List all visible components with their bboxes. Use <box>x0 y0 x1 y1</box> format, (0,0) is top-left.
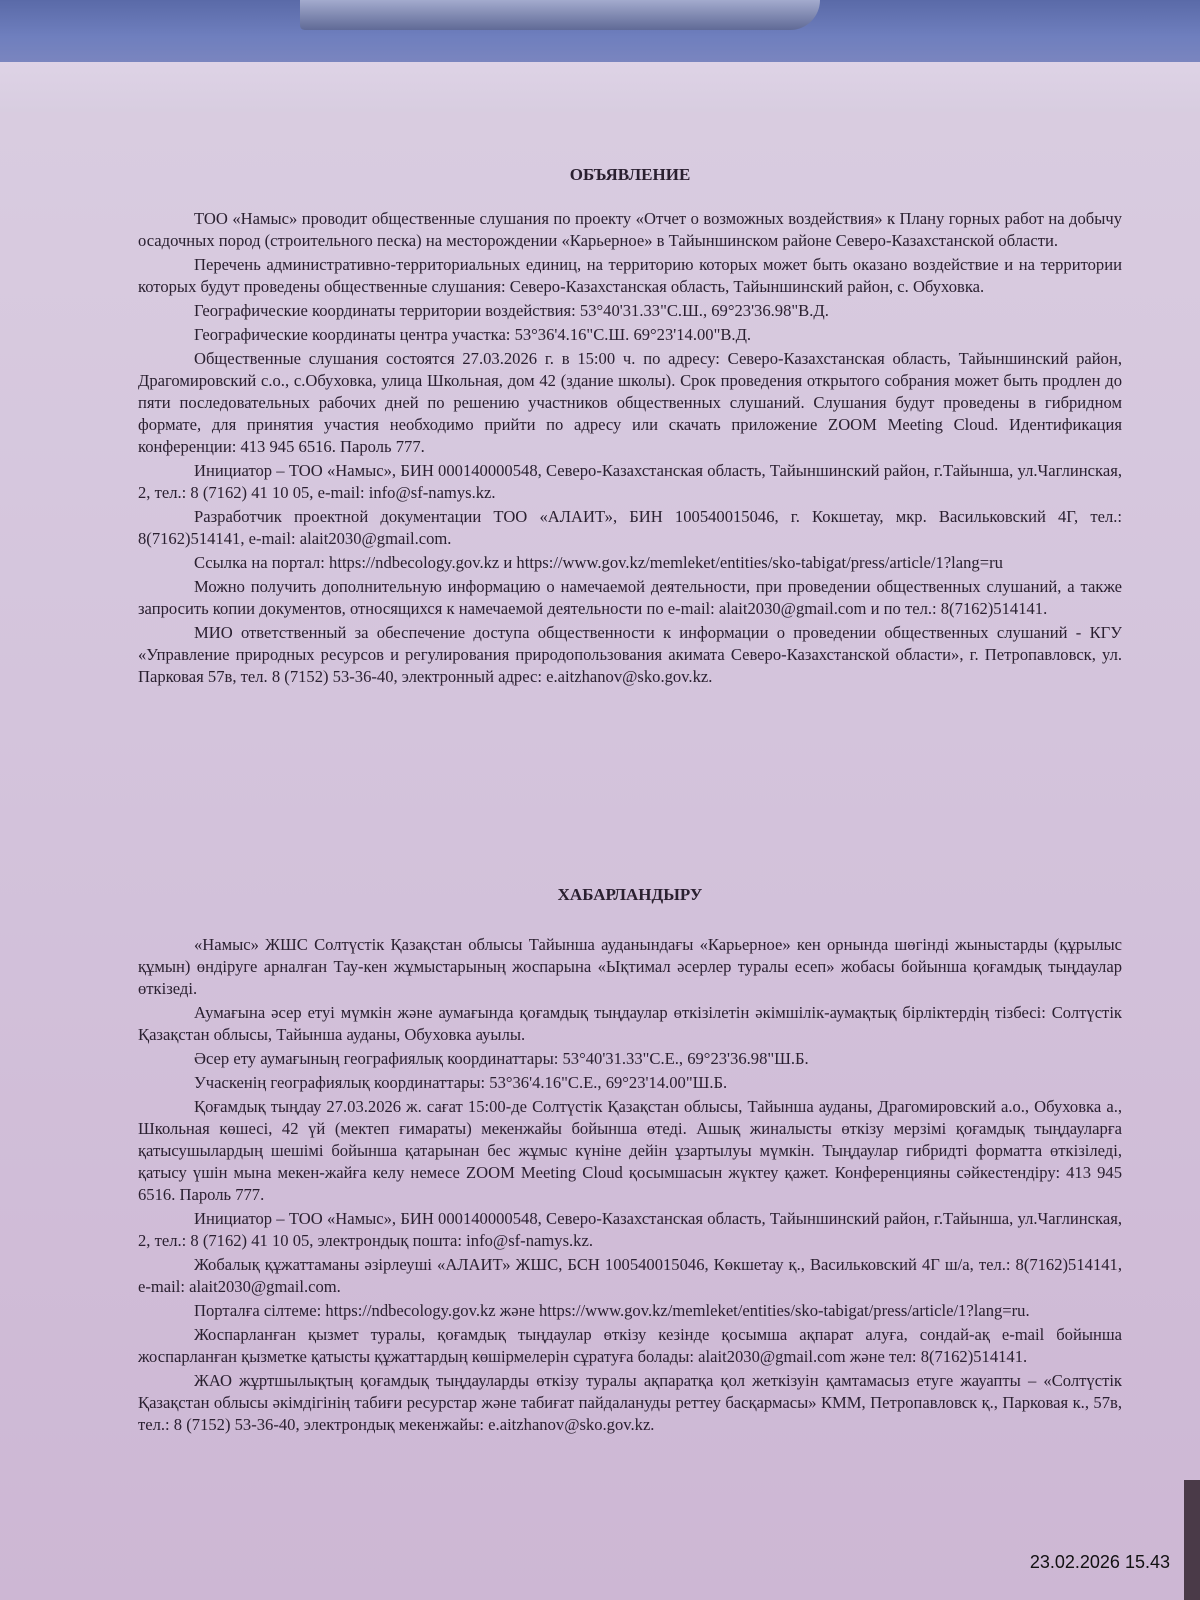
ru-section: ТОО «Намыс» проводит общественные слушан… <box>138 208 1122 690</box>
kz-section: «Намыс» ЖШС Солтүстік Қазақстан облысы Т… <box>138 934 1122 1438</box>
ru-paragraph-initiator: Инициатор – ТОО «Намыс», БИН 00014000054… <box>138 460 1122 504</box>
kz-paragraph-coords-center: Учаскенің географиялық координаттары: 53… <box>138 1072 1122 1094</box>
kz-paragraph-coords-impact: Әсер ету аумағының географиялық координа… <box>138 1048 1122 1070</box>
ru-paragraph-mio: МИО ответственный за обеспечение доступа… <box>138 622 1122 688</box>
ru-paragraph-hearing: Общественные слушания состоятся 27.03.20… <box>138 348 1122 458</box>
ru-paragraph-info: Можно получить дополнительную информацию… <box>138 576 1122 620</box>
photo-timestamp: 23.02.2026 15.43 <box>1030 1552 1170 1573</box>
background-object <box>300 0 820 30</box>
kz-paragraph-intro: «Намыс» ЖШС Солтүстік Қазақстан облысы Т… <box>138 934 1122 1000</box>
kz-paragraph-portal: Порталға сілтеме: https://ndbecology.gov… <box>138 1300 1122 1322</box>
tape-strip <box>0 62 1200 113</box>
background-edge <box>1184 1480 1200 1600</box>
kz-title: ХАБАРЛАНДЫРУ <box>138 884 1122 906</box>
ru-paragraph-coords-impact: Географические координаты территории воз… <box>138 300 1122 322</box>
kz-paragraph-initiator: Инициатор – ТОО «Намыс», БИН 00014000054… <box>138 1208 1122 1252</box>
background-metal-frame <box>0 0 1200 62</box>
ru-paragraph-portal: Ссылка на портал: https://ndbecology.gov… <box>138 552 1122 574</box>
ru-paragraph-units: Перечень административно-территориальных… <box>138 254 1122 298</box>
kz-paragraph-mio: ЖАО жұртшылықтың қоғамдық тыңдауларды өт… <box>138 1370 1122 1436</box>
kz-paragraph-developer: Жобалық құжаттаманы әзірлеуші «АЛАИТ» ЖШ… <box>138 1254 1122 1298</box>
notice-paper: ОБЪЯВЛЕНИЕ ТОО «Намыс» проводит обществе… <box>0 112 1200 1600</box>
kz-paragraph-units: Аумағына әсер етуі мүмкін және аумағында… <box>138 1002 1122 1046</box>
ru-paragraph-coords-center: Географические координаты центра участка… <box>138 324 1122 346</box>
kz-paragraph-hearing: Қоғамдық тыңдау 27.03.2026 ж. сағат 15:0… <box>138 1096 1122 1206</box>
ru-paragraph-intro: ТОО «Намыс» проводит общественные слушан… <box>138 208 1122 252</box>
ru-title: ОБЪЯВЛЕНИЕ <box>138 164 1122 186</box>
ru-paragraph-developer: Разработчик проектной документации ТОО «… <box>138 506 1122 550</box>
kz-paragraph-info: Жоспарланған қызмет туралы, қоғамдық тың… <box>138 1324 1122 1368</box>
